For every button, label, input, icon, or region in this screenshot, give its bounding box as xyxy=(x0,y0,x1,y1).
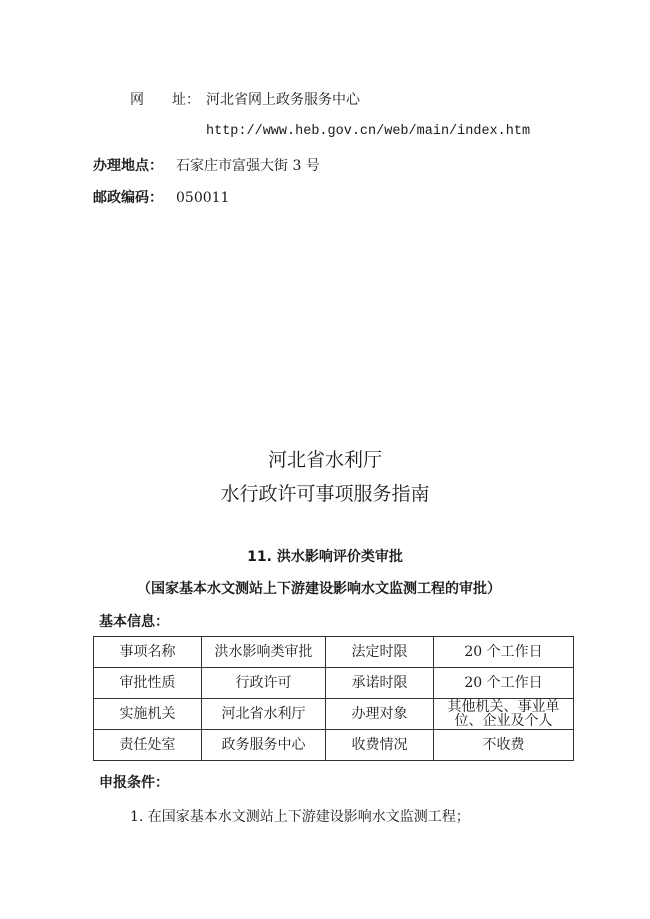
condition-item: 1. 在国家基本水文测站上下游建设影响水文监测工程； xyxy=(130,808,470,826)
basic-info-heading: 基本信息： xyxy=(99,613,169,631)
table-cell-label: 办理对象 xyxy=(326,699,434,730)
table-cell-value: 其他机关、事业单位、企业及个人 xyxy=(434,699,574,730)
table-cell-value: 政务服务中心 xyxy=(202,730,326,761)
table-cell-value: 20 个工作日 xyxy=(434,668,574,699)
basic-info-table: 事项名称 洪水影响类审批 法定时限 20 个工作日 审批性质 行政许可 承诺时限… xyxy=(93,636,574,761)
address-value: 石家庄市富强大街 3 号 xyxy=(176,157,320,175)
table-cell-label: 实施机关 xyxy=(94,699,202,730)
table-row: 责任处室 政务服务中心 收费情况 不收费 xyxy=(94,730,574,761)
table-cell-label: 承诺时限 xyxy=(326,668,434,699)
table-cell-label: 收费情况 xyxy=(326,730,434,761)
table-cell-value: 河北省水利厅 xyxy=(202,699,326,730)
table-cell-label: 法定时限 xyxy=(326,637,434,668)
conditions-heading: 申报条件： xyxy=(99,774,169,792)
section-number-title: 11. 洪水影响评价类审批 xyxy=(0,548,650,566)
address-label: 办理地点： xyxy=(93,157,163,175)
website-name: 河北省网上政务服务中心 xyxy=(206,91,360,109)
website-label: 网 址： xyxy=(130,91,200,109)
website-url[interactable]: http://www.heb.gov.cn/web/main/index.htm xyxy=(206,124,530,139)
postcode-label: 邮政编码： xyxy=(93,189,163,207)
table-row: 审批性质 行政许可 承诺时限 20 个工作日 xyxy=(94,668,574,699)
table-cell-value: 洪水影响类审批 xyxy=(202,637,326,668)
table-cell-value: 20 个工作日 xyxy=(434,637,574,668)
section-subtitle: （国家基本水文测站上下游建设影响水文监测工程的审批） xyxy=(0,580,644,598)
table-cell-value: 不收费 xyxy=(434,730,574,761)
table-cell-label: 事项名称 xyxy=(94,637,202,668)
table-cell-label: 审批性质 xyxy=(94,668,202,699)
doc-title: 水行政许可事项服务指南 xyxy=(0,482,650,506)
table-row: 事项名称 洪水影响类审批 法定时限 20 个工作日 xyxy=(94,637,574,668)
table-row: 实施机关 河北省水利厅 办理对象 其他机关、事业单位、企业及个人 xyxy=(94,699,574,730)
table-cell-label: 责任处室 xyxy=(94,730,202,761)
postcode-value: 050011 xyxy=(176,189,229,207)
org-name: 河北省水利厅 xyxy=(0,448,650,472)
table-cell-value: 行政许可 xyxy=(202,668,326,699)
